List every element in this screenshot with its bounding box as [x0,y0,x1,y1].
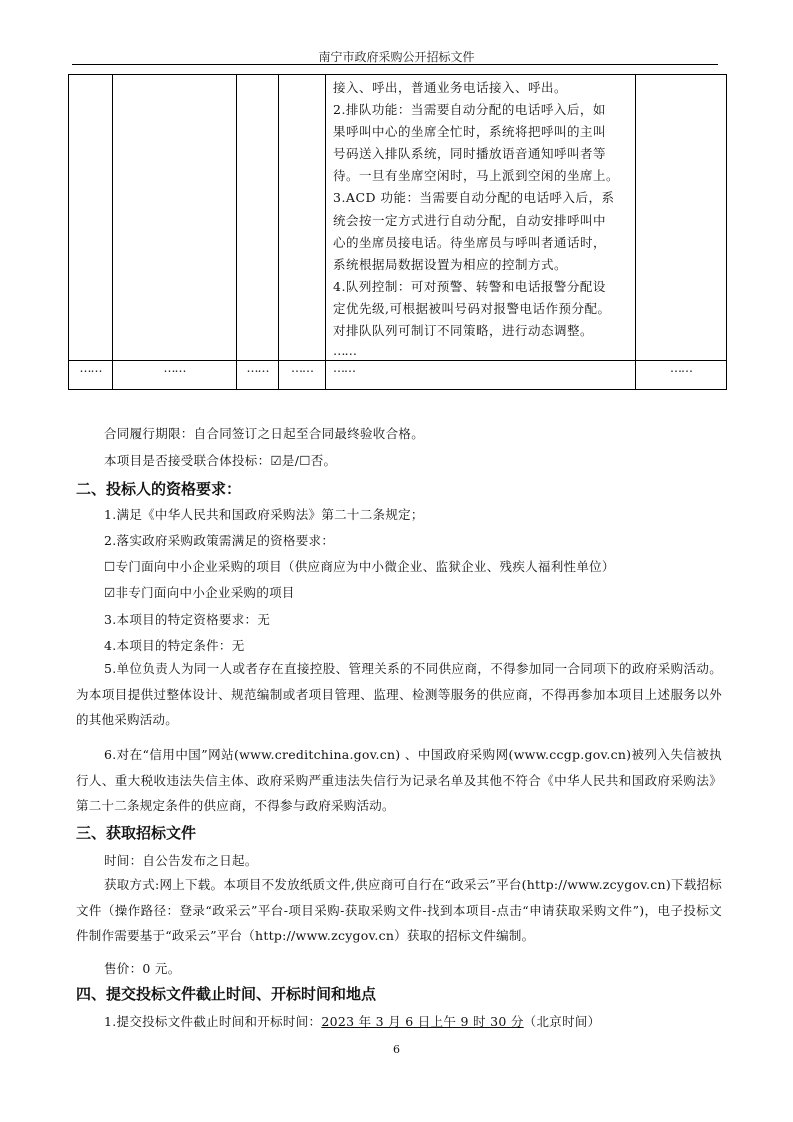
section2-item6: 6.对在“信用中国”网站(www.creditchina.gov.cn) 、中国… [76,742,722,819]
section2-item2: 2.落实政府采购政策需满足的资格要求： [104,531,334,549]
spec-line: 对排队队列可制订不同策略，进行动态调整。 [333,320,628,342]
section3-method: 获取方式:网上下载。本项目不发放纸质文件,供应商可自行在“政采云”平台(http… [76,872,722,949]
contract-term: 合同履行期限：自合同签订之日起至合同最终验收合格。 [104,424,424,442]
table-cell-qty [237,75,279,361]
ellipsis-cell: …… [237,361,279,390]
deadline-timezone: （北京时间） [524,1014,601,1029]
section2-item4: 4.本项目的特定条件：无 [104,636,245,654]
section3-price: 售价：0 元。 [104,959,181,977]
ellipsis-cell: …… [279,361,326,390]
consortium-yes-label: 是/ [282,453,299,468]
consortium-yes-checkbox[interactable]: ☑ [270,453,282,468]
section2-item3: 3.本项目的特定资格要求：无 [104,610,270,628]
non-sme-option: ☑非专门面向中小企业采购的项目 [104,583,295,601]
spec-line: 待。一旦有坐席空闲时，马上派到空闲的坐席上。 [333,165,628,187]
consortium-label: 本项目是否接受联合体投标： [104,453,270,468]
ellipsis-cell: …… [113,361,237,390]
section2-item5: 5.单位负责人为同一人或者存在直接控股、管理关系的不同供应商，不得参加同一合同项… [76,656,722,733]
sme-only-option: ☐专门面向中小企业采购的项目（供应商应为中小微企业、监狱企业、残疾人福利性单位） [104,557,615,575]
table-cell-index [69,75,113,361]
section2-heading: 二、投标人的资格要求： [76,478,241,499]
table-cell-spec: 接入、呼出，普通业务电话接入、呼出。 2.排队功能：当需要自动分配的电话呼入后，… [326,75,636,361]
sme-only-label: 专门面向中小企业采购的项目（供应商应为中小微企业、监狱企业、残疾人福利性单位） [116,559,615,574]
section4-item1: 1.提交投标文件截止时间和开标时间：2023 年 3 月 6 日上午 9 时 3… [104,1012,600,1030]
spec-line: 号码送入排队系统，同时播放语音通知呼叫者等 [333,143,628,165]
table-cell-unit [279,75,326,361]
consortium-no-checkbox[interactable]: ☐ [299,453,311,468]
non-sme-checkbox[interactable]: ☑ [104,585,116,600]
table-cell-name [113,75,237,361]
page-number: 6 [0,1043,793,1056]
page-header-title: 南宁市政府采购公开招标文件 [0,48,793,65]
table-row-ellipsis: …… …… …… …… …… …… [69,361,727,390]
spec-line: …… [333,342,628,360]
ellipsis-cell: …… [69,361,113,390]
section2-item1: 1.满足《中华人民共和国政府采购法》第二十二条规定； [104,505,424,523]
spec-line: 接入、呼出，普通业务电话接入、呼出。 [333,77,628,99]
spec-line: 系统根据局数据设置为相应的控制方式。 [333,254,628,276]
consortium-line: 本项目是否接受联合体投标：☑是/☐否。 [104,451,336,469]
ellipsis-cell: …… [636,361,727,390]
table-row: 接入、呼出，普通业务电话接入、呼出。 2.排队功能：当需要自动分配的电话呼入后，… [69,75,727,361]
spec-line: 心的坐席员接电话。待坐席员与呼叫者通话时， [333,232,628,254]
spec-line: 统会按一定方式进行自动分配，自动安排呼叫中 [333,210,628,232]
section4-heading: 四、提交投标文件截止时间、开标时间和地点 [76,983,376,1004]
header-rule [72,64,718,65]
spec-line: 3.ACD 功能：当需要自动分配的电话呼入后，系 [333,187,628,209]
section3-time: 时间：自公告发布之日起。 [104,851,258,869]
consortium-no-label: 否。 [311,453,337,468]
spec-line: 2.排队功能：当需要自动分配的电话呼入后，如 [333,99,628,121]
non-sme-label: 非专门面向中小企业采购的项目 [116,585,295,600]
spec-line: 定优先级,可根据被叫号码对报警电话作预分配。 [333,298,628,320]
deadline-datetime: 2023 年 3 月 6 日上午 9 时 30 分 [321,1014,523,1029]
spec-line: 果呼叫中心的坐席全忙时，系统将把呼叫的主叫 [333,121,628,143]
spec-table: 接入、呼出，普通业务电话接入、呼出。 2.排队功能：当需要自动分配的电话呼入后，… [68,74,727,390]
sme-only-checkbox[interactable]: ☐ [104,559,116,574]
ellipsis-cell: …… [326,361,636,390]
section3-heading: 三、获取招标文件 [76,822,196,843]
deadline-label: 1.提交投标文件截止时间和开标时间： [104,1014,321,1029]
table-cell-note [636,75,727,361]
spec-line: 4.队列控制：可对预警、转警和电话报警分配设 [333,276,628,298]
